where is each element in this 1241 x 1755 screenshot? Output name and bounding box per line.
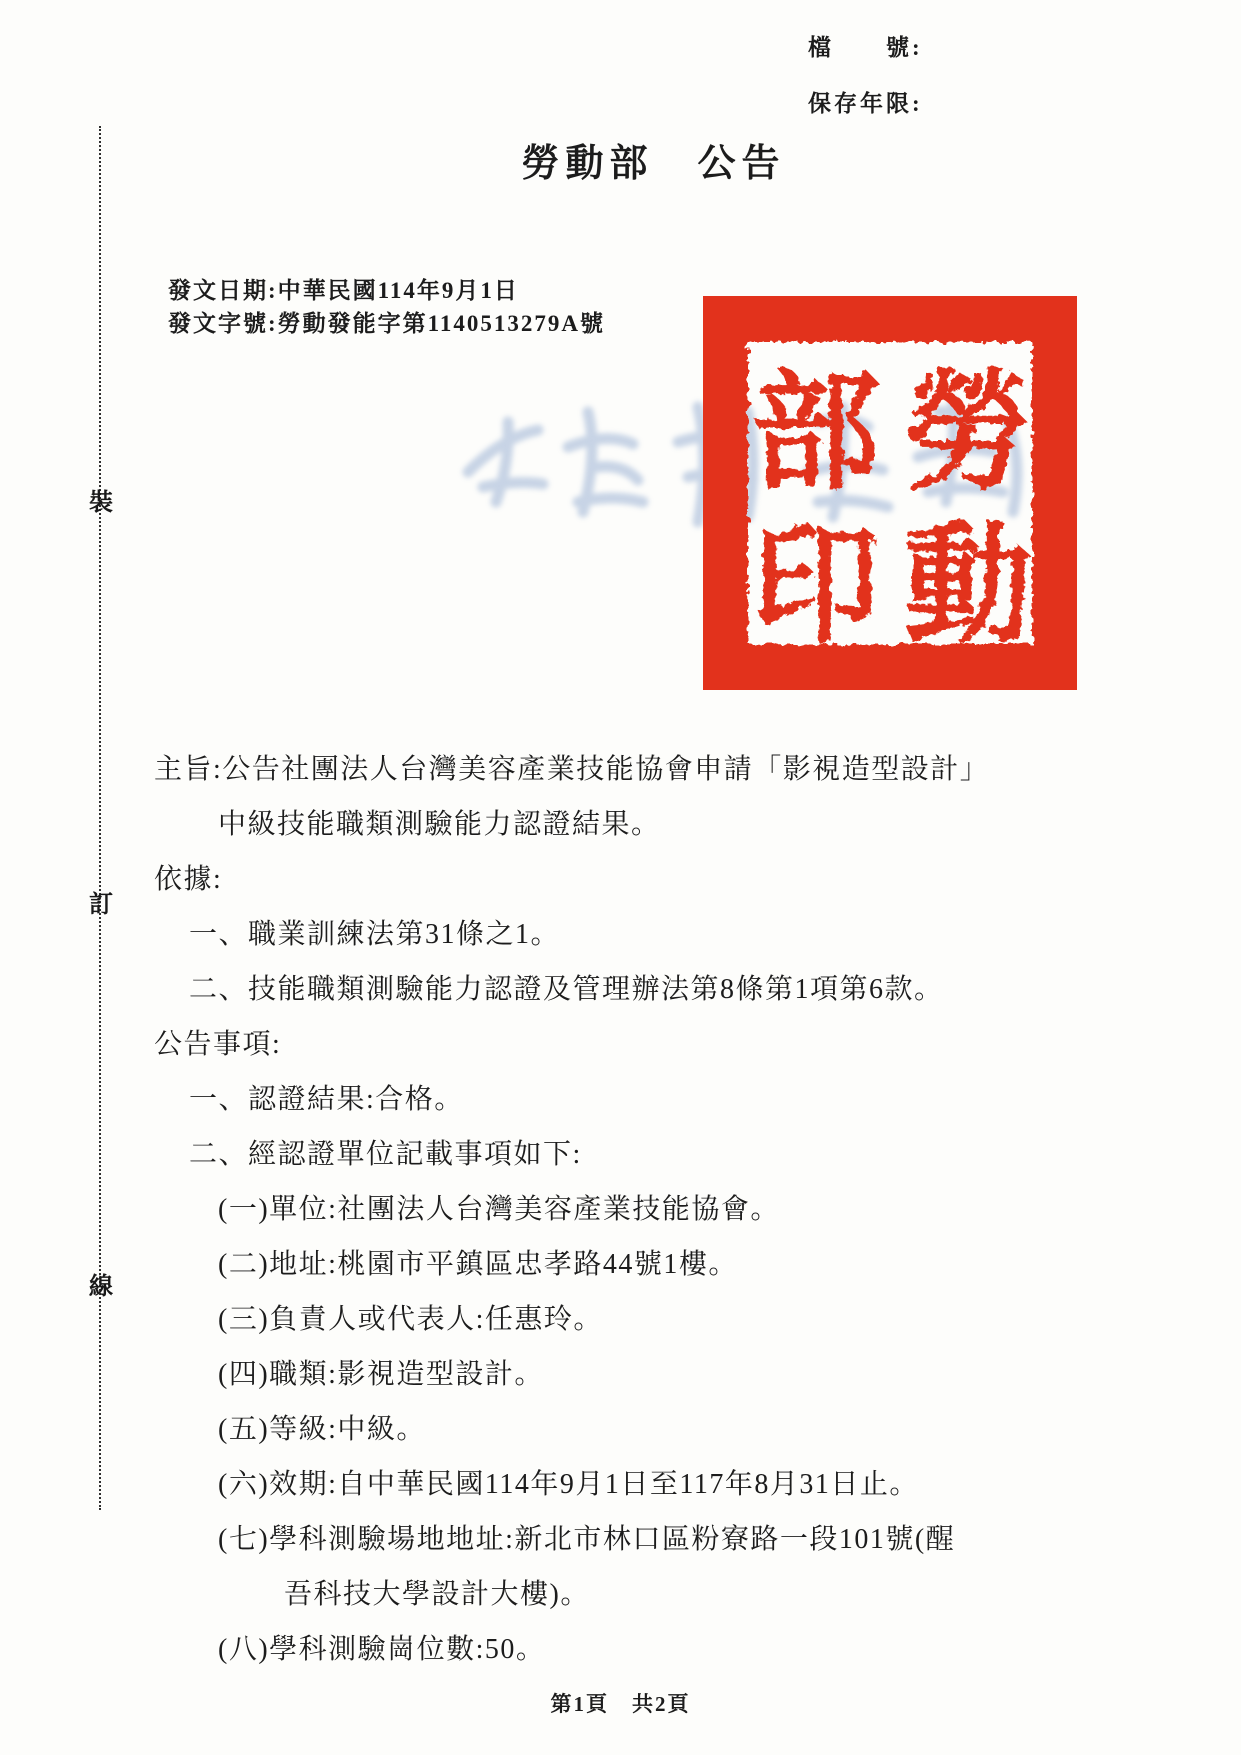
page-number: 第1頁 共2頁: [0, 1688, 1241, 1718]
basis-label: 依據:: [154, 852, 1164, 907]
binding-mark-xian: 線: [87, 1266, 115, 1301]
binding-mark-ding: 訂: [87, 884, 115, 919]
file-number-label: 檔 號:: [808, 34, 923, 62]
announcement-item-2: 二、經認證單位記載事項如下:: [189, 1127, 1164, 1182]
detail-address: (二)地址:桃園市平鎮區忠孝路44號1樓。: [218, 1237, 1164, 1292]
announcement-item-1: 一、認證結果:合格。: [189, 1072, 1164, 1127]
document-number: 發文字號:勞動發能字第1140513279A號: [168, 307, 605, 340]
binding-dotted-line: [99, 126, 101, 1510]
detail-representative: (三)負責人或代表人:任惠玲。: [218, 1292, 1164, 1347]
detail-test-site-line-1: (七)學科測驗場地地址:新北市林口區粉寮路一段101號(醒: [218, 1512, 1164, 1567]
seal-char-yin: 印: [752, 515, 880, 659]
detail-level: (五)等級:中級。: [218, 1402, 1164, 1457]
seal-char-lao: 勞: [904, 362, 1032, 506]
detail-occupation: (四)職類:影視造型設計。: [218, 1347, 1164, 1402]
subject-line-1: 主旨:公告社團法人台灣美容產業技能協會申請「影視造型設計」: [154, 742, 1164, 797]
announcement-items-label: 公告事項:: [154, 1017, 1164, 1072]
issue-date: 發文日期:中華民國114年9月1日: [168, 274, 605, 307]
scanned-announcement-page: 檔 號: 保存年限: 勞動部 公告 發文日期:中華民國114年9月1日 發文字號…: [0, 0, 1241, 1755]
official-red-seal: 勞 動 部 印: [690, 284, 1090, 707]
detail-validity: (六)效期:自中華民國114年9月1日至117年8月31日止。: [218, 1457, 1164, 1512]
seal-char-bu: 部: [752, 362, 880, 506]
binding-mark-zhuang: 裝: [87, 482, 115, 517]
archive-labels: 檔 號: 保存年限:: [808, 34, 923, 118]
detail-test-site-line-2: 吾科技大學設計大樓)。: [284, 1567, 1164, 1622]
detail-test-seats: (八)學科測驗崗位數:50。: [218, 1622, 1164, 1677]
page-title: 勞動部 公告: [0, 132, 1241, 187]
document-meta: 發文日期:中華民國114年9月1日 發文字號:勞動發能字第1140513279A…: [168, 274, 605, 340]
basis-item-2: 二、技能職類測驗能力認證及管理辦法第8條第1項第6款。: [189, 962, 1164, 1017]
detail-unit: (一)單位:社團法人台灣美容產業技能協會。: [218, 1182, 1164, 1237]
seal-char-dong: 動: [904, 515, 1032, 659]
announcement-body: 主旨:公告社團法人台灣美容產業技能協會申請「影視造型設計」 中級技能職類測驗能力…: [154, 742, 1164, 1677]
basis-item-1: 一、職業訓練法第31條之1。: [189, 907, 1164, 962]
subject-line-2: 中級技能職類測驗能力認證結果。: [218, 797, 1164, 852]
retention-period-label: 保存年限:: [808, 90, 923, 118]
